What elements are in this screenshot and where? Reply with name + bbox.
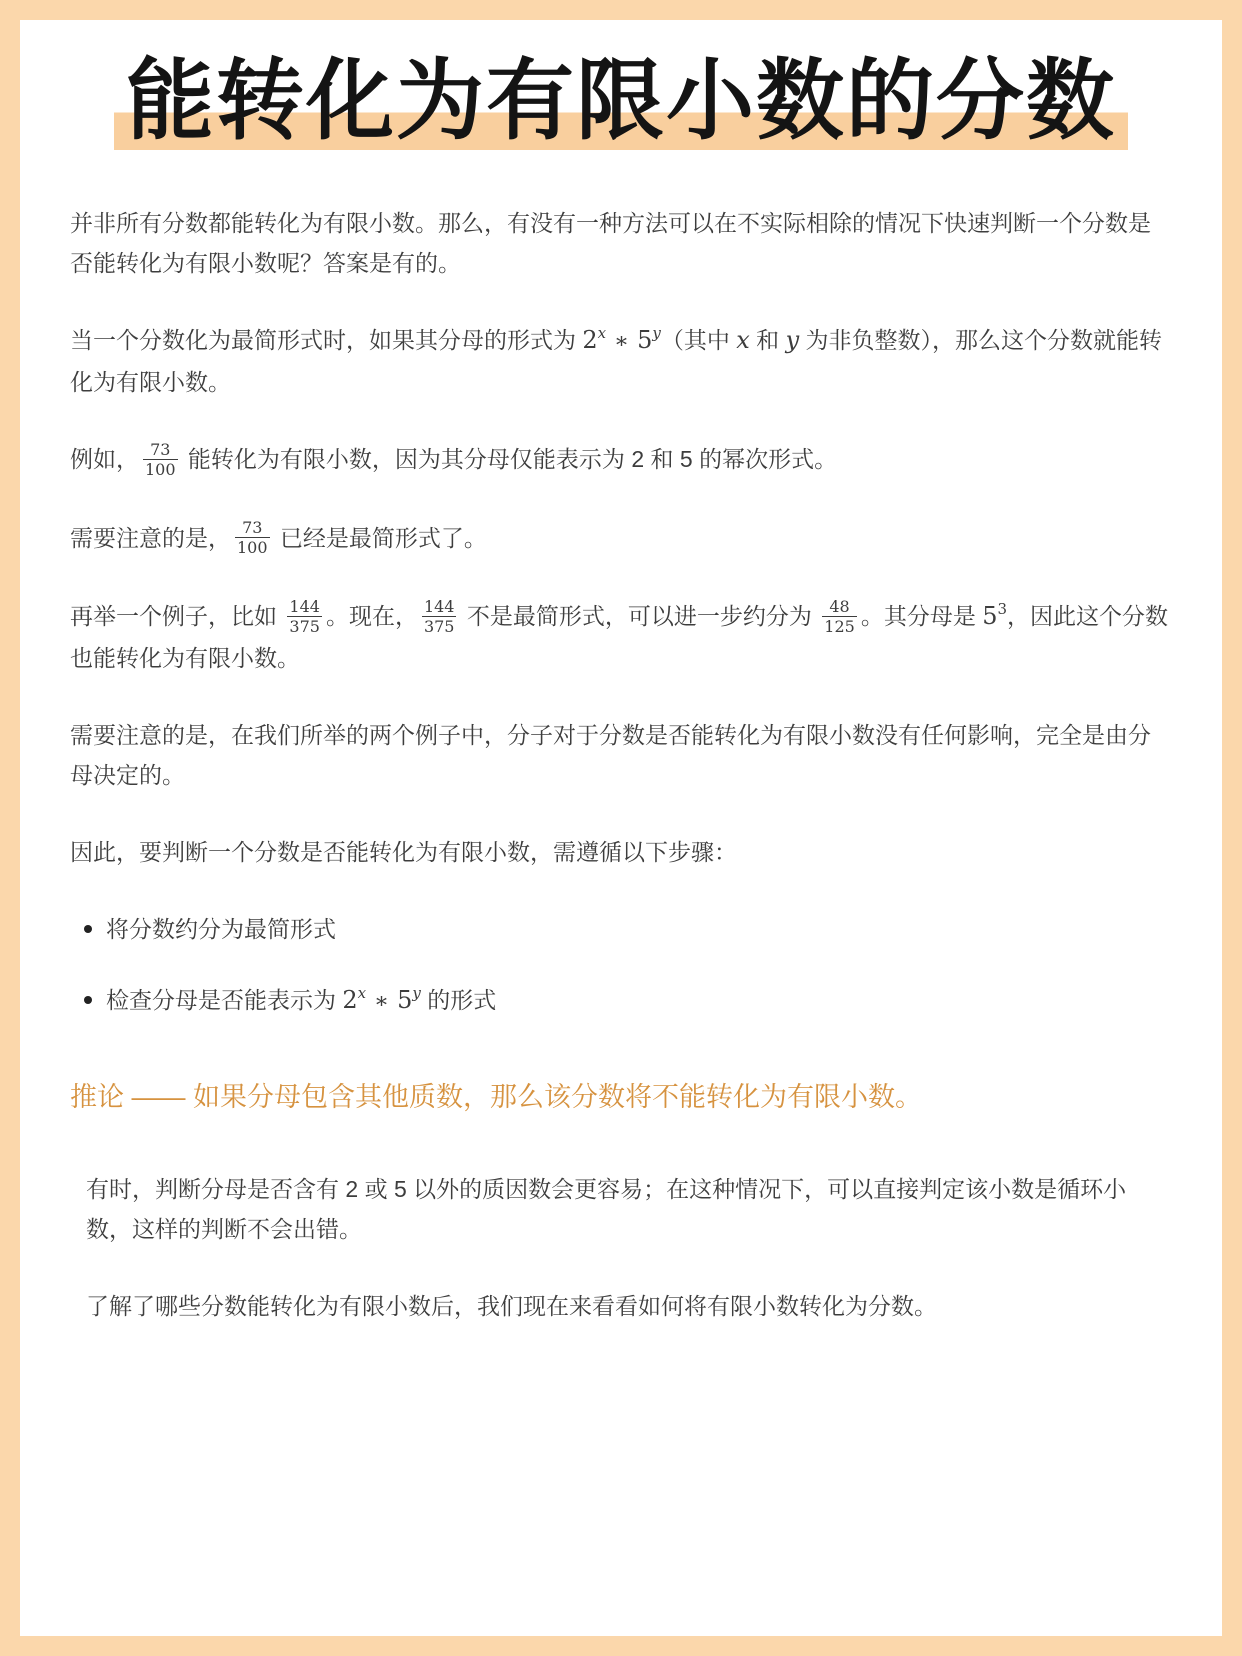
bullet-list: 将分数约分为最简形式检查分母是否能表示为 2x∗5y 的形式 bbox=[70, 909, 1172, 1022]
bullet-item: 检查分母是否能表示为 2x∗5y 的形式 bbox=[80, 980, 1172, 1022]
page-title: 能转化为有限小数的分数 bbox=[60, 54, 1182, 147]
fraction-numerator: 73 bbox=[240, 518, 264, 537]
fraction-numerator: 144 bbox=[287, 597, 322, 616]
paragraph: 了解了哪些分数能转化为有限小数后，我们现在来看看如何将有限小数转化为分数。 bbox=[70, 1286, 1172, 1326]
math-variable: y bbox=[786, 326, 800, 354]
power-exponent: y bbox=[412, 984, 420, 1002]
fraction-denominator: 100 bbox=[143, 459, 178, 479]
worksheet-page: 能转化为有限小数的分数 并非所有分数都能转化为有限小数。那么，有没有一种方法可以… bbox=[0, 0, 1242, 1656]
paragraph: 再举一个例子，比如 144375。现在，144375 不是最简形式，可以进一步约… bbox=[70, 596, 1172, 678]
fraction: 144375 bbox=[422, 597, 457, 636]
power-expression: 5y bbox=[637, 326, 661, 354]
fraction-denominator: 125 bbox=[822, 616, 857, 636]
fraction-denominator: 375 bbox=[287, 616, 322, 636]
paragraph: 当一个分数化为最简形式时，如果其分母的形式为 2x∗5y（其中 x 和 y 为非… bbox=[70, 320, 1172, 402]
power-expression: 5y bbox=[397, 986, 421, 1014]
fraction: 73100 bbox=[143, 440, 178, 479]
math-operator: ∗ bbox=[614, 329, 629, 354]
math-variable: x bbox=[736, 326, 750, 354]
fraction-numerator: 144 bbox=[422, 597, 457, 616]
title-highlight: 能转化为有限小数的分数 bbox=[114, 51, 1128, 150]
power-exponent: x bbox=[358, 984, 366, 1002]
fraction: 73100 bbox=[235, 518, 270, 557]
corollary-callout: 推论 —— 如果分母包含其他质数，那么该分数将不能转化为有限小数。 bbox=[70, 1078, 1172, 1117]
power-expression: 2x bbox=[342, 986, 366, 1014]
fraction: 48125 bbox=[822, 597, 857, 636]
fraction-denominator: 375 bbox=[422, 616, 457, 636]
fraction-denominator: 100 bbox=[235, 537, 270, 557]
fraction-numerator: 48 bbox=[827, 597, 851, 616]
math-operator: ∗ bbox=[374, 989, 389, 1014]
paragraph: 例如，73100 能转化为有限小数，因为其分母仅能表示为 2 和 5 的幂次形式… bbox=[70, 439, 1172, 481]
fraction: 144375 bbox=[287, 597, 322, 636]
paragraph: 因此，要判断一个分数是否能转化为有限小数，需遵循以下步骤： bbox=[70, 832, 1172, 872]
fraction-numerator: 73 bbox=[148, 440, 172, 459]
power-expression: 53 bbox=[982, 602, 1007, 630]
article-body: 并非所有分数都能转化为有限小数。那么，有没有一种方法可以在不实际相除的情况下快速… bbox=[20, 203, 1222, 1326]
paragraph: 有时，判断分母是否含有 2 或 5 以外的质因数会更容易；在这种情况下，可以直接… bbox=[70, 1169, 1172, 1249]
paragraph: 需要注意的是，在我们所举的两个例子中，分子对于分数是否能转化为有限小数没有任何影… bbox=[70, 715, 1172, 795]
power-exponent: y bbox=[652, 324, 660, 342]
paragraph: 需要注意的是，73100 已经是最简形式了。 bbox=[70, 518, 1172, 560]
paragraph: 并非所有分数都能转化为有限小数。那么，有没有一种方法可以在不实际相除的情况下快速… bbox=[70, 203, 1172, 283]
power-exponent: 3 bbox=[997, 600, 1007, 618]
power-exponent: x bbox=[598, 324, 606, 342]
power-expression: 2x bbox=[582, 326, 606, 354]
bullet-item: 将分数约分为最简形式 bbox=[80, 909, 1172, 949]
